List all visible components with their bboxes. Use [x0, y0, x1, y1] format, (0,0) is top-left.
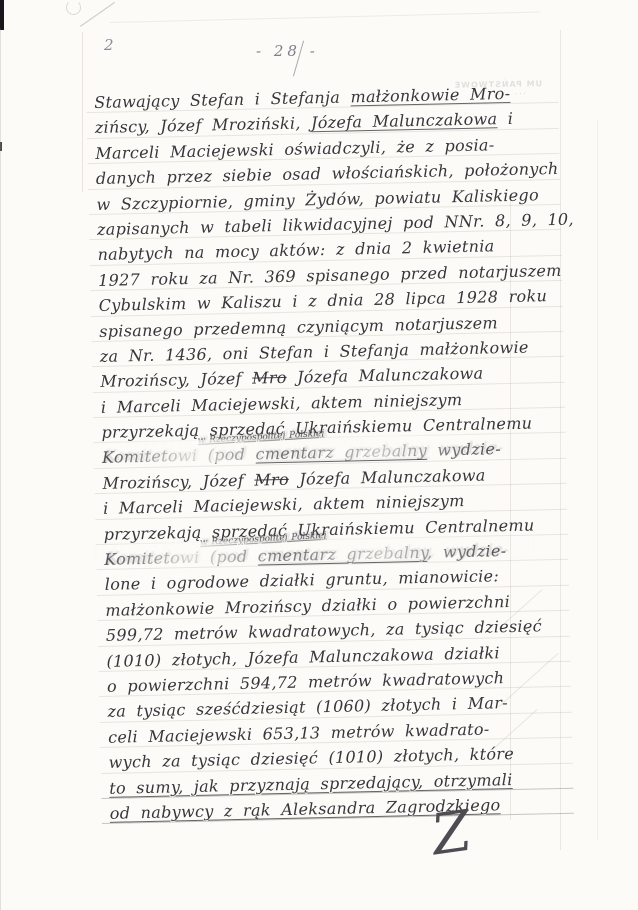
- handwriting-text: Józefa Malunczakowa: [311, 110, 498, 133]
- handwriting-text: Mrozińscy, Józef: [100, 369, 252, 391]
- handwriting-text: Mro: [252, 368, 287, 388]
- sheet-right-edge-line: [597, 120, 598, 840]
- scanned-page: 2 - 28 - UM PAŃSTWOWE ··· ····· ··· Staw…: [0, 0, 638, 910]
- scan-edge-black-artifact: [0, 0, 4, 30]
- handwriting-text: małżonkowie Mro-: [350, 84, 510, 106]
- handwriting-text: i: [497, 109, 513, 128]
- handwriting-text: , wydzie-: [427, 541, 507, 562]
- page-number: - 28 -: [256, 42, 319, 60]
- handwriting-text: Józefa Malunczakowa: [289, 465, 486, 488]
- sheet-corner-fold-line: [80, 2, 115, 27]
- sheet-left-edge-line: [82, 32, 83, 192]
- handwriting-text: Mrozińscy, Józef: [102, 470, 254, 492]
- handwriting-text: Mro: [254, 470, 289, 490]
- handwriting-text: Komitetowi (pod: [102, 445, 256, 467]
- pencil-circle-mark: [66, 0, 81, 15]
- handwriting-text: wydzie-: [427, 440, 501, 461]
- handwriting-text: Józefa Malunczakowa: [287, 364, 484, 387]
- handwriting-text: Stawający Stefan i Stefanja: [94, 87, 351, 112]
- handwriting-text: Komitetowi (pod: [104, 547, 258, 569]
- corner-page-note: 2: [104, 36, 114, 54]
- scan-left-edge-line: [0, 28, 1, 910]
- manuscript: Stawający Stefan i Stefanja małżonkowie …: [94, 80, 580, 826]
- handwriting-text: cmentarz grzebalny: [258, 543, 428, 566]
- handwriting-text: zińscy, Józef Mroziński,: [95, 114, 312, 138]
- handwriting-text: cmentarz grzebalny: [255, 441, 427, 464]
- sheet-top-edge-line: [110, 11, 540, 23]
- flourish-mark: Z: [428, 804, 474, 865]
